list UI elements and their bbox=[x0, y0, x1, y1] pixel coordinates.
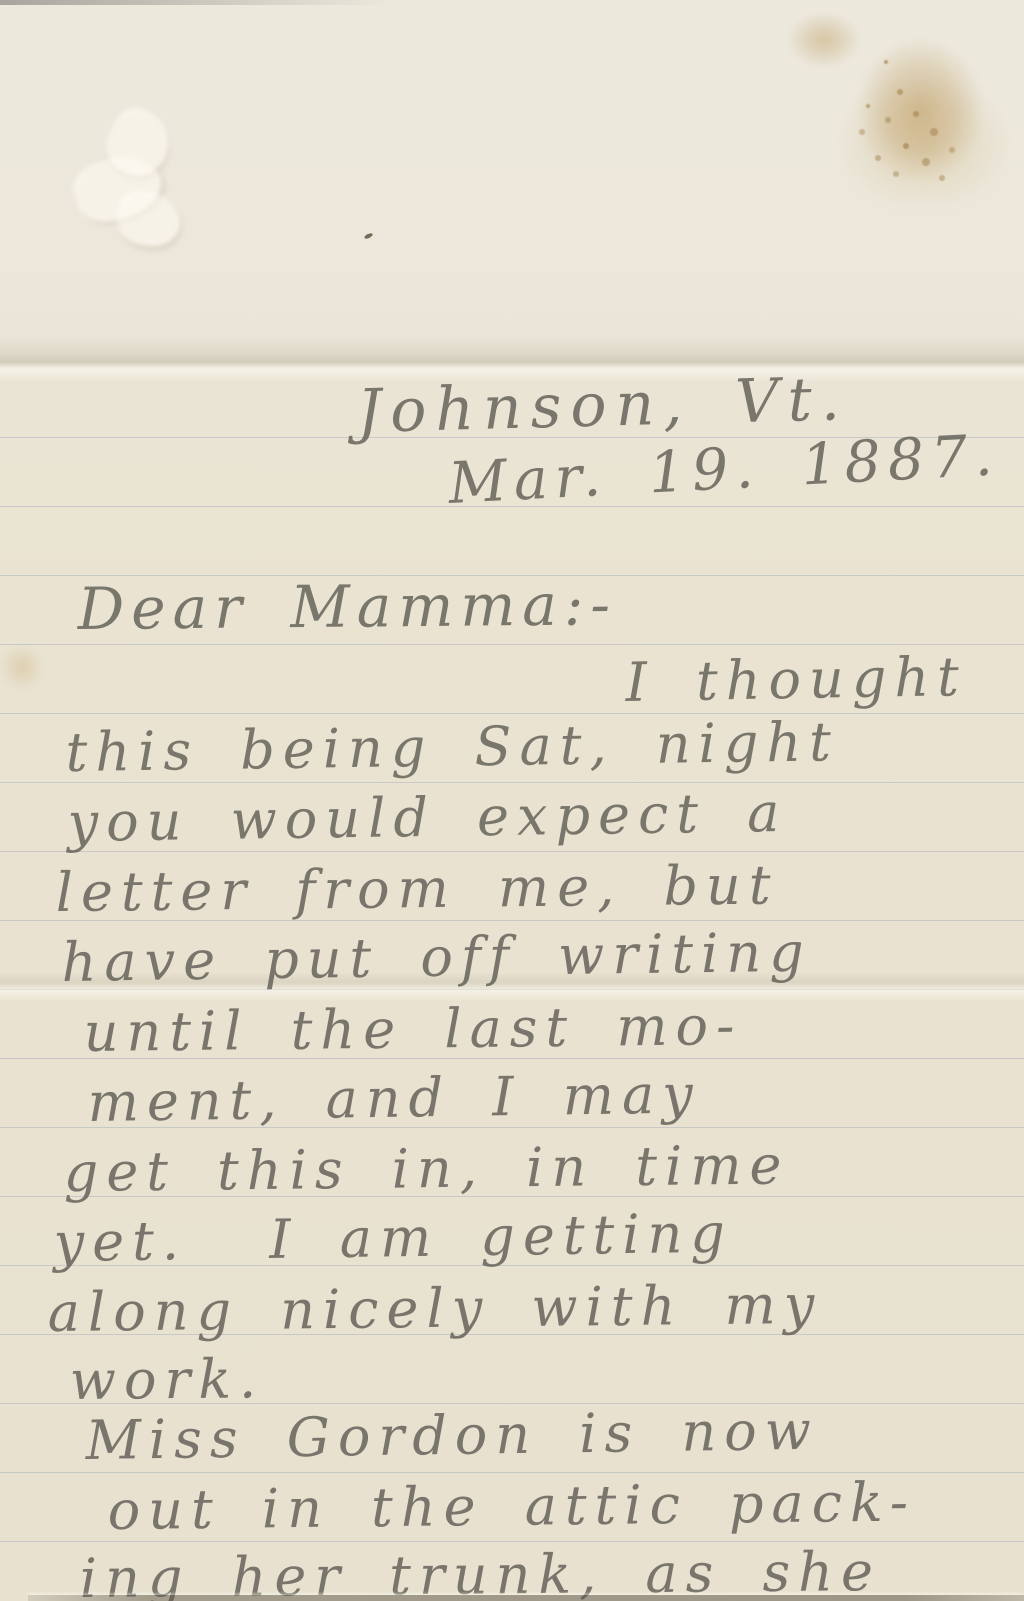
handwriting-line: I thought bbox=[625, 650, 967, 710]
letter-page: Johnson, Vt. Mar. 19. 1887. Dear Mamma:-… bbox=[0, 0, 1024, 1601]
handwriting-line: until the last mo- bbox=[83, 999, 742, 1060]
handwriting-line: out in the attic pack- bbox=[107, 1476, 916, 1538]
handwriting-line: this being Sat, night bbox=[65, 715, 839, 780]
handwriting-line: ing her trunk, as she bbox=[80, 1545, 882, 1601]
scan-top-edge-shadow bbox=[0, 0, 390, 5]
handwriting-line: along nicely with my bbox=[47, 1278, 822, 1340]
handwriting-line: yet. I am getting bbox=[53, 1207, 733, 1270]
handwriting-line: have put off writing bbox=[61, 926, 812, 990]
handwriting-line: work. bbox=[70, 1352, 265, 1408]
handwriting-line: Miss Gordon is now bbox=[85, 1404, 819, 1468]
salutation: Dear Mamma:- bbox=[77, 575, 617, 638]
handwriting-line: get this in, in time bbox=[63, 1138, 789, 1200]
page-bottom-edge bbox=[28, 1595, 1024, 1601]
handwriting-line: letter from me, but bbox=[55, 858, 778, 920]
heading-place: Johnson, Vt. bbox=[356, 369, 849, 442]
stain-speckles bbox=[884, 60, 888, 64]
handwriting-line: ment, and I may bbox=[87, 1067, 701, 1130]
embossed-crest-icon bbox=[58, 108, 218, 258]
handwriting-line: you would expect a bbox=[67, 786, 787, 850]
stain-small bbox=[788, 12, 860, 68]
